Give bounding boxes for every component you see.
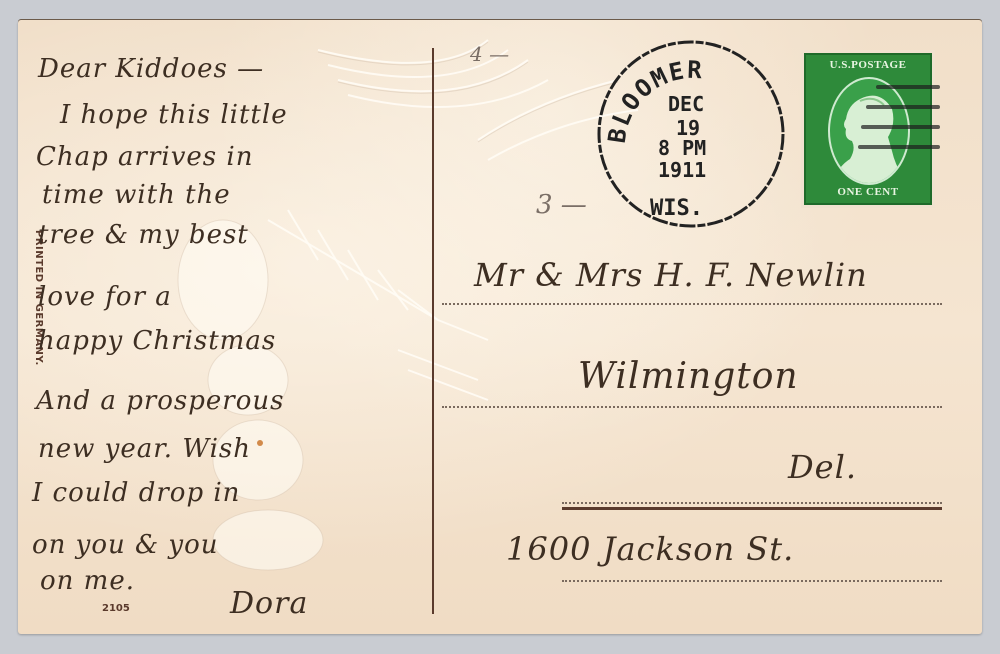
- postmark-year: 1911: [658, 158, 706, 182]
- message-line-7: happy Christmas: [38, 326, 276, 356]
- address-line-2: [442, 406, 942, 408]
- message-line-9: new year. Wish: [38, 434, 251, 464]
- recipient-name: Mr & Mrs H. F. Newlin: [474, 256, 868, 294]
- stamp-top-text: U.S.POSTAGE: [806, 59, 930, 71]
- message-line-8: And a prosperous: [36, 386, 284, 416]
- message-line-6: love for a: [38, 282, 172, 312]
- stamp-bottom-text: ONE CENT: [806, 186, 930, 198]
- message-line-4: time with the: [42, 180, 231, 210]
- message-line-11: on you & you: [32, 530, 219, 560]
- message-address-divider: [432, 48, 434, 614]
- postmark-time: 8 PM: [658, 136, 706, 160]
- message-line-2: I hope this little: [60, 100, 288, 130]
- message-line-1: Dear Kiddoes —: [38, 54, 264, 84]
- postage-stamp: U.S.POSTAGE ONE CENT: [801, 50, 935, 208]
- postcard-back: PRINTED IN GERMANY. 2105 Dear Kiddoes — …: [18, 20, 982, 634]
- cancel-bar: [866, 105, 940, 109]
- pencil-note-middle: 3 —: [536, 190, 587, 220]
- message-line-5: tree & my best: [38, 220, 249, 250]
- message-line-10: I could drop in: [32, 478, 240, 508]
- address-line-4: [562, 580, 942, 582]
- signature: Dora: [230, 586, 308, 621]
- postmark-month: DEC: [668, 92, 704, 116]
- franklin-portrait-icon: [828, 77, 910, 185]
- pencil-note-top: 4 —: [470, 42, 509, 66]
- cancel-bar: [861, 125, 940, 129]
- cancel-bar: [876, 85, 940, 89]
- catalog-number: 2105: [102, 603, 130, 614]
- cancel-bar: [858, 145, 940, 149]
- recipient-street: 1600 Jackson St.: [506, 530, 794, 568]
- address-line-1: [442, 303, 942, 305]
- postmark-state: WIS.: [650, 196, 703, 221]
- address-line-3: [562, 502, 942, 504]
- message-line-3: Chap arrives in: [36, 142, 253, 172]
- address-line-3-solid: [562, 507, 942, 510]
- recipient-city: Wilmington: [578, 356, 799, 397]
- recipient-state: Del.: [788, 448, 857, 486]
- message-line-12: on me.: [40, 566, 135, 596]
